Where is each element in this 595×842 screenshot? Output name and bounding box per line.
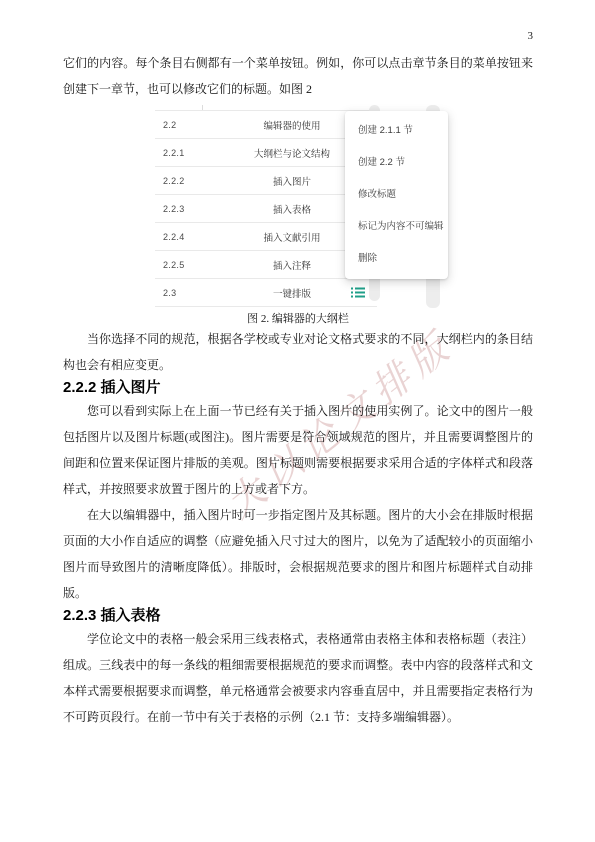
after-figure-paragraph: 当你选择不同的规范，根据各学校或专业对论文格式要求的不同，大纲栏内的条目结构也会… <box>63 326 533 378</box>
outline-row-number: 2.2.1 <box>155 148 207 158</box>
outline-row-number: 2.2 <box>155 120 207 130</box>
section-heading-insert-image: 2.2.2 插入图片 <box>63 378 533 398</box>
section-paragraph: 您可以看到实际上在上面一节已经有关于插入图片的使用实例了。论文中的图片一般包括图… <box>63 398 533 502</box>
format-list-icon[interactable] <box>351 287 365 298</box>
menu-item-create-subsection[interactable]: 创建 2.1.1 节 <box>345 115 448 147</box>
context-menu: 创建 2.1.1 节 创建 2.2 节 修改标题 标记为内容不可编辑 删除 <box>345 111 448 279</box>
figure-outline-screenshot: 2.2 编辑器的使用 2.2.1 大纲栏与论文结构 2.2.2 插入图片 2.2… <box>155 105 448 301</box>
outline-row[interactable]: 2.3 一键排版 <box>155 279 377 307</box>
section-heading-insert-table: 2.2.3 插入表格 <box>63 606 533 626</box>
intro-paragraph: 它们的内容。每个条目右侧都有一个菜单按钮。例如，你可以点击章节条目的菜单按钮来创… <box>63 50 533 102</box>
figure-caption: 图 2. 编辑器的大纲栏 <box>63 312 533 326</box>
outline-row-number: 2.2.2 <box>155 176 207 186</box>
outline-row[interactable]: 2.2.5 插入注释 <box>155 251 377 279</box>
outline-row-number: 2.2.3 <box>155 204 207 214</box>
outline-row[interactable]: 2.2.1 大纲栏与论文结构 <box>155 139 377 167</box>
menu-item-mark-readonly[interactable]: 标记为内容不可编辑 <box>345 211 448 243</box>
page-number: 3 <box>528 30 534 42</box>
page-content: 它们的内容。每个条目右侧都有一个菜单按钮。例如，你可以点击章节条目的菜单按钮来创… <box>63 50 533 730</box>
outline-row[interactable]: 2.2.4 插入文献引用 <box>155 223 377 251</box>
document-page: 3 大以论文排版 它们的内容。每个条目右侧都有一个菜单按钮。例如，你可以点击章节… <box>0 0 595 842</box>
menu-item-create-section[interactable]: 创建 2.2 节 <box>345 147 448 179</box>
outline-row-number: 2.2.5 <box>155 260 207 270</box>
outline-row-number: 2.3 <box>155 288 207 298</box>
section-paragraph: 在大以编辑器中，插入图片时可一步指定图片及其标题。图片的大小会在排版时根据页面的… <box>63 502 533 606</box>
outline-row[interactable]: 2.2.3 插入表格 <box>155 195 377 223</box>
outline-row[interactable]: 2.2 编辑器的使用 <box>155 111 377 139</box>
outline-panel: 2.2 编辑器的使用 2.2.1 大纲栏与论文结构 2.2.2 插入图片 2.2… <box>155 105 377 307</box>
section-paragraph: 学位论文中的表格一般会采用三线表格式，表格通常由表格主体和表格标题（表注）组成。… <box>63 626 533 730</box>
outline-row[interactable]: 2.2.2 插入图片 <box>155 167 377 195</box>
menu-item-rename[interactable]: 修改标题 <box>345 179 448 211</box>
menu-item-delete[interactable]: 删除 <box>345 243 448 275</box>
column-divider <box>202 105 203 110</box>
outline-row-number: 2.2.4 <box>155 232 207 242</box>
